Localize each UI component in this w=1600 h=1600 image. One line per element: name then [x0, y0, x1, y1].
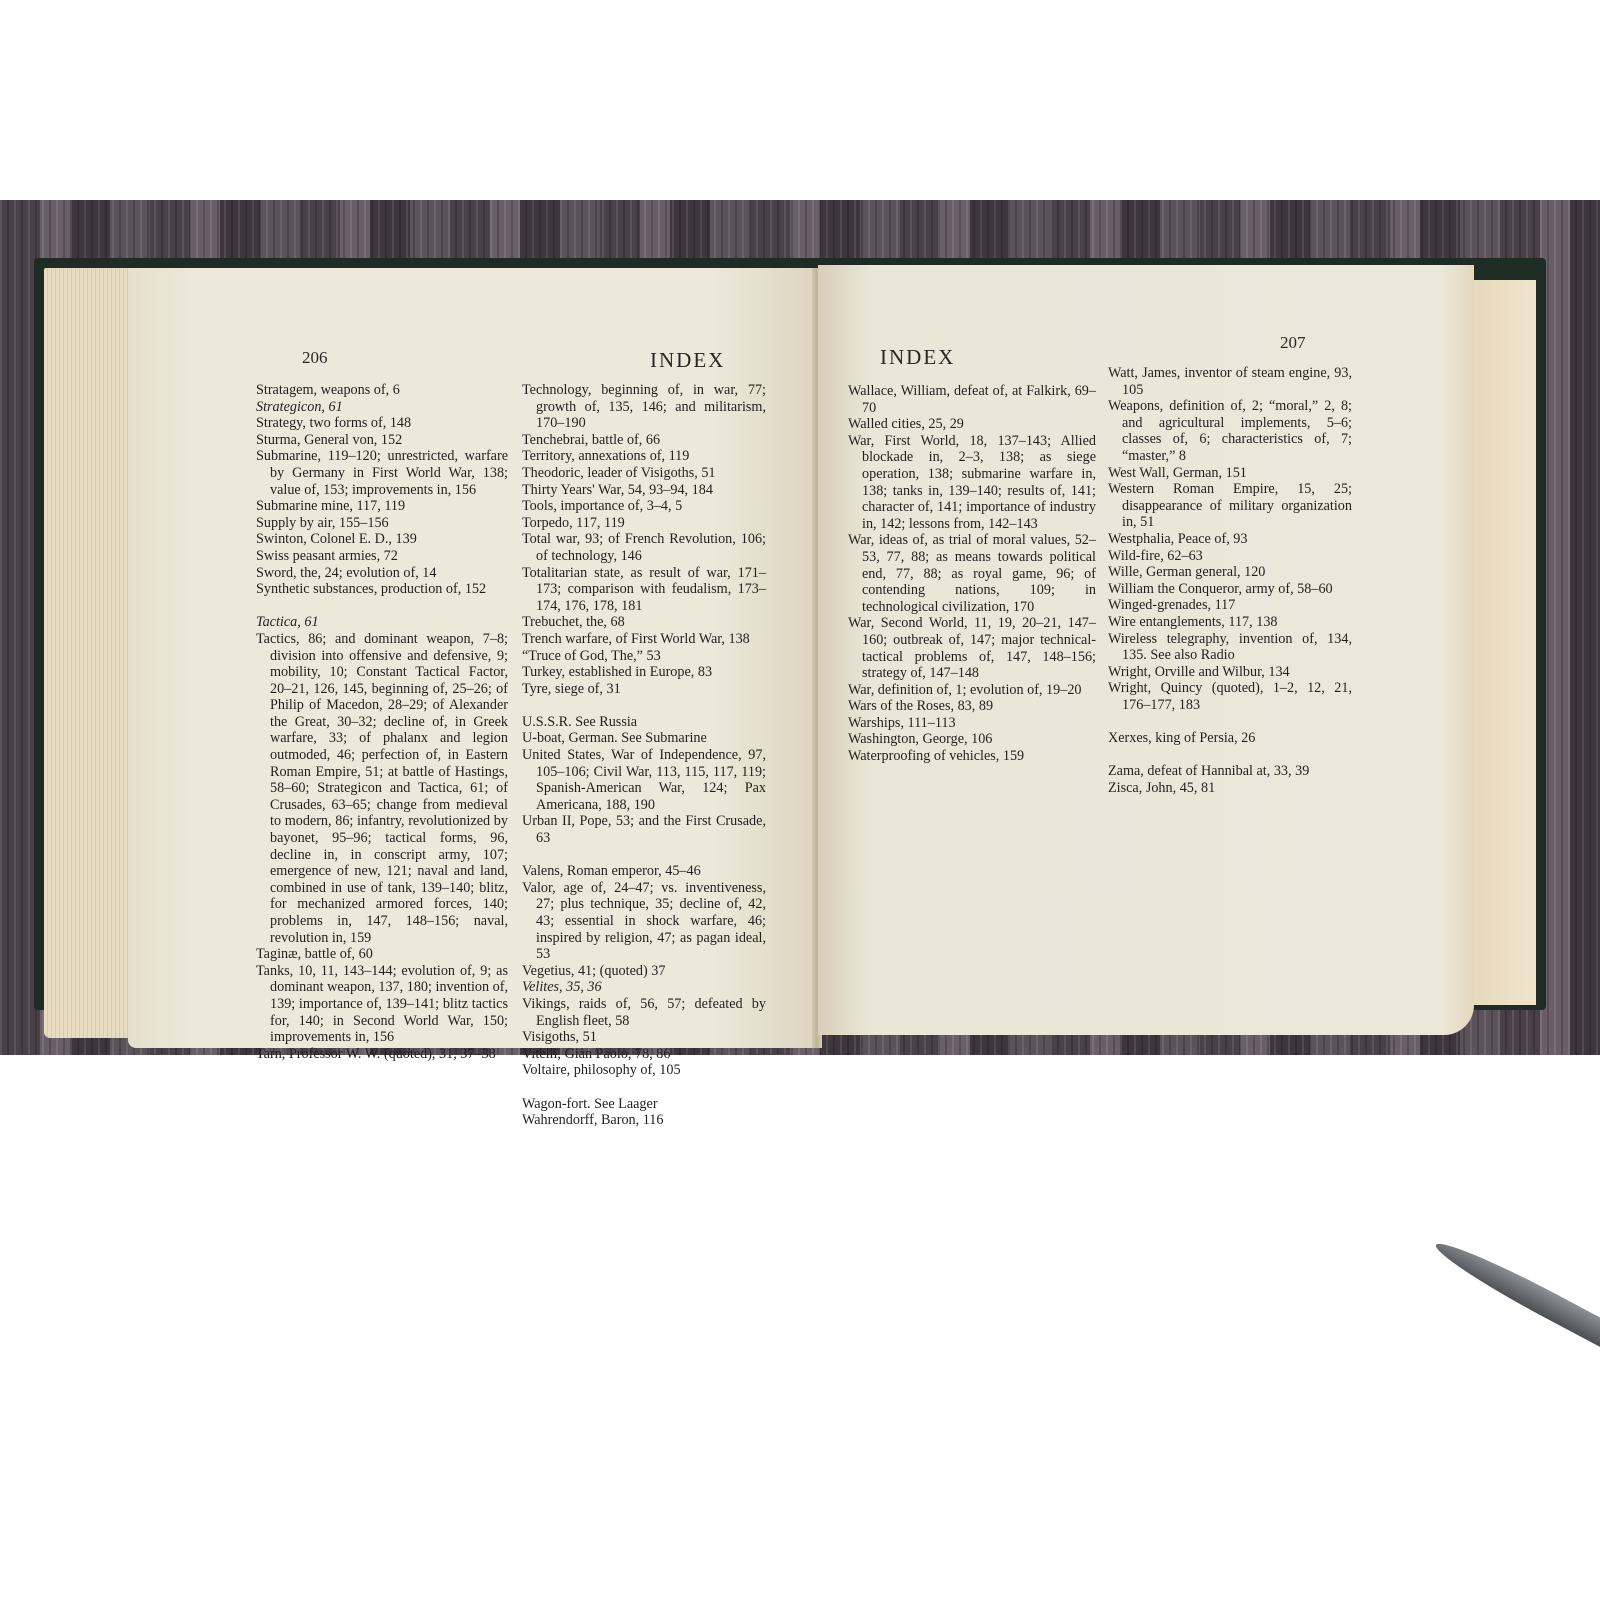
index-entry: Zama, defeat of Hannibal at, 33, 39: [1108, 763, 1352, 780]
left-page: 206 INDEX Stratagem, weapons of, 6Strate…: [128, 268, 816, 1048]
index-entry: Zisca, John, 45, 81: [1108, 780, 1352, 797]
index-entry: Territory, annexations of, 119: [522, 448, 766, 465]
index-entry: Vegetius, 41; (quoted) 37: [522, 963, 766, 980]
index-entry: War, ideas of, as trial of moral values,…: [848, 532, 1096, 615]
index-entry: “Truce of God, The,” 53: [522, 648, 766, 665]
running-head: INDEX: [650, 348, 725, 373]
letter-gap: [522, 847, 766, 864]
index-entry: War, Second World, 11, 19, 20–21, 147–16…: [848, 615, 1096, 681]
index-entry: Turkey, established in Europe, 83: [522, 664, 766, 681]
index-entry: Tanks, 10, 11, 143–144; evolution of, 9;…: [256, 963, 508, 1046]
index-entry: Tactica, 61: [256, 614, 508, 631]
index-entry: Stratagem, weapons of, 6: [256, 382, 508, 399]
index-entry: Theodoric, leader of Visigoths, 51: [522, 465, 766, 482]
index-entry: Submarine, 119–120; unrestricted, warfar…: [256, 448, 508, 498]
index-entry: Wahrendorff, Baron, 116: [522, 1112, 766, 1129]
index-entry: Wireless telegraphy, invention of, 134, …: [1108, 631, 1352, 664]
index-entry: Total war, 93; of French Revolution, 106…: [522, 531, 766, 564]
letter-gap: [1108, 713, 1352, 730]
index-entry: War, First World, 18, 137–143; Allied bl…: [848, 433, 1096, 533]
index-entry: West Wall, German, 151: [1108, 465, 1352, 482]
letter-gap: [522, 1079, 766, 1096]
running-head: INDEX: [880, 345, 955, 370]
right-page: INDEX 207 Wallace, William, defeat of, a…: [818, 265, 1474, 1035]
index-entry: Vitelli, Gian Paolo, 78, 86: [522, 1046, 766, 1063]
index-entry: Velites, 35, 36: [522, 979, 766, 996]
letter-gap: [256, 598, 508, 615]
index-entry: U.S.S.R. See Russia: [522, 714, 766, 731]
index-entry: U-boat, German. See Submarine: [522, 730, 766, 747]
index-entry: Washington, George, 106: [848, 731, 1096, 748]
index-entry: Tarn, Professor W. W. (quoted), 31, 37–3…: [256, 1046, 508, 1063]
index-column-2: Technology, beginning of, in war, 77; gr…: [522, 382, 766, 1129]
index-entry: Wright, Orville and Wilbur, 134: [1108, 664, 1352, 681]
index-entry: Tools, importance of, 3–4, 5: [522, 498, 766, 515]
index-entry: Sturma, General von, 152: [256, 432, 508, 449]
index-entry: Warships, 111–113: [848, 715, 1096, 732]
index-entry: Wild-fire, 62–63: [1108, 548, 1352, 565]
index-entry: Tenchebrai, battle of, 66: [522, 432, 766, 449]
index-entry: Thirty Years' War, 54, 93–94, 184: [522, 482, 766, 499]
index-entry: Taginæ, battle of, 60: [256, 946, 508, 963]
index-entry: Watt, James, inventor of steam engine, 9…: [1108, 365, 1352, 398]
index-column-1: Stratagem, weapons of, 6Strategicon, 61S…: [256, 382, 508, 1062]
index-entry: Visigoths, 51: [522, 1029, 766, 1046]
index-entry: Wagon-fort. See Laager: [522, 1096, 766, 1113]
index-entry: Winged-grenades, 117: [1108, 597, 1352, 614]
index-entry: Strategy, two forms of, 148: [256, 415, 508, 432]
index-entry: Tyre, siege of, 31: [522, 681, 766, 698]
index-entry: Vikings, raids of, 56, 57; defeated by E…: [522, 996, 766, 1029]
index-entry: Xerxes, king of Persia, 26: [1108, 730, 1352, 747]
index-entry: Technology, beginning of, in war, 77; gr…: [522, 382, 766, 432]
index-entry: Trench warfare, of First World War, 138: [522, 631, 766, 648]
index-entry: Wille, German general, 120: [1108, 564, 1352, 581]
index-entry: Synthetic substances, production of, 152: [256, 581, 508, 598]
index-entry: Weapons, definition of, 2; “moral,” 2, 8…: [1108, 398, 1352, 464]
index-entry: Wire entanglements, 117, 138: [1108, 614, 1352, 631]
index-entry: Supply by air, 155–156: [256, 515, 508, 532]
page-number: 206: [302, 348, 328, 368]
index-entry: Waterproofing of vehicles, 159: [848, 748, 1096, 765]
letter-gap: [522, 697, 766, 714]
index-column-3: Wallace, William, defeat of, at Falkirk,…: [848, 383, 1096, 765]
index-entry: Valens, Roman emperor, 45–46: [522, 863, 766, 880]
index-entry: Urban II, Pope, 53; and the First Crusad…: [522, 813, 766, 846]
index-entry: United States, War of Independence, 97, …: [522, 747, 766, 813]
index-column-4: Watt, James, inventor of steam engine, 9…: [1108, 365, 1352, 796]
index-entry: War, definition of, 1; evolution of, 19–…: [848, 682, 1096, 699]
index-entry: Wallace, William, defeat of, at Falkirk,…: [848, 383, 1096, 416]
index-entry: William the Conqueror, army of, 58–60: [1108, 581, 1352, 598]
index-entry: Western Roman Empire, 15, 25; disappeara…: [1108, 481, 1352, 531]
index-entry: Submarine mine, 117, 119: [256, 498, 508, 515]
index-entry: Valor, age of, 24–47; vs. inventiveness,…: [522, 880, 766, 963]
index-entry: Torpedo, 117, 119: [522, 515, 766, 532]
index-entry: Trebuchet, the, 68: [522, 614, 766, 631]
index-entry: Wright, Quincy (quoted), 1–2, 12, 21, 17…: [1108, 680, 1352, 713]
page-block-edges: [44, 268, 134, 1038]
index-entry: Voltaire, philosophy of, 105: [522, 1062, 766, 1079]
pen: [1430, 1234, 1600, 1379]
index-entry: Totalitarian state, as result of war, 17…: [522, 565, 766, 615]
index-entry: Swinton, Colonel E. D., 139: [256, 531, 508, 548]
index-entry: Westphalia, Peace of, 93: [1108, 531, 1352, 548]
index-entry: Walled cities, 25, 29: [848, 416, 1096, 433]
index-entry: Sword, the, 24; evolution of, 14: [256, 565, 508, 582]
index-entry: Swiss peasant armies, 72: [256, 548, 508, 565]
index-entry: Wars of the Roses, 83, 89: [848, 698, 1096, 715]
index-entry: Tactics, 86; and dominant weapon, 7–8; d…: [256, 631, 508, 946]
letter-gap: [1108, 747, 1352, 764]
index-entry: Strategicon, 61: [256, 399, 508, 416]
page-number: 207: [1280, 333, 1306, 353]
